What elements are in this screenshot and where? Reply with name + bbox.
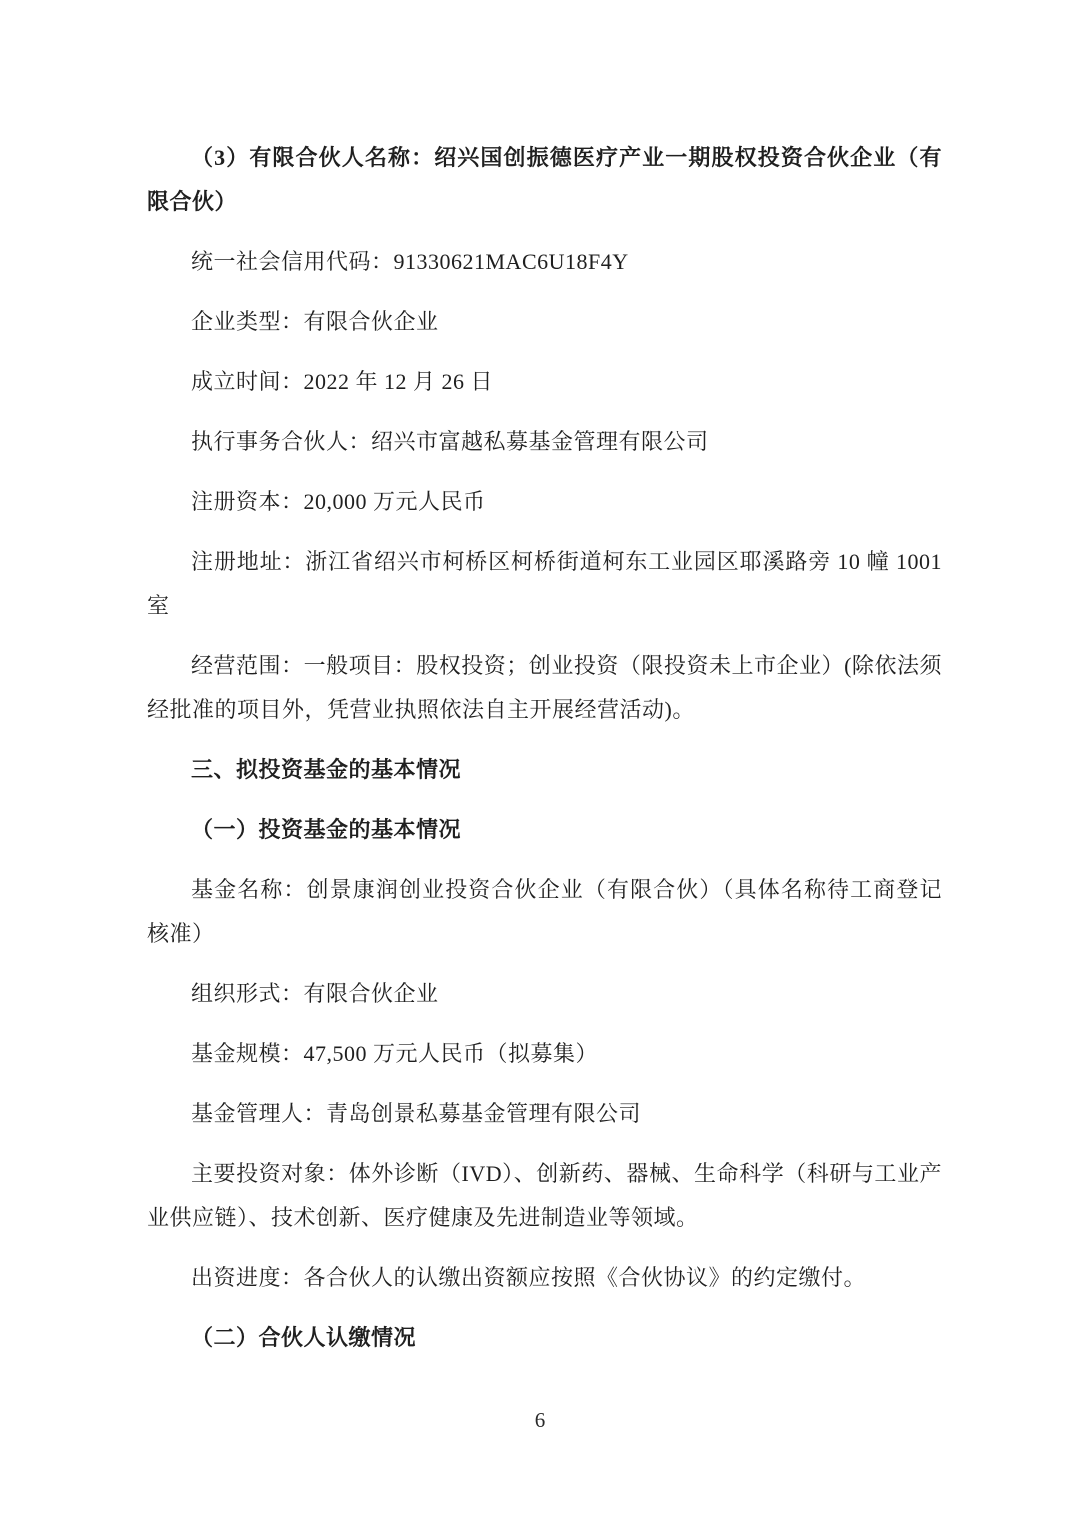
section-heading: （一）投资基金的基本情况: [147, 808, 942, 852]
paragraph: 成立时间：2022 年 12 月 26 日: [147, 360, 942, 404]
paragraph: 主要投资对象：体外诊断（IVD）、创新药、器械、生命科学（科研与工业产业供应链）…: [147, 1152, 942, 1240]
paragraph: 基金管理人：青岛创景私募基金管理有限公司: [147, 1092, 942, 1136]
section-heading: （3）有限合伙人名称：绍兴国创振德医疗产业一期股权投资合伙企业（有限合伙）: [147, 136, 942, 224]
paragraph: 执行事务合伙人：绍兴市富越私募基金管理有限公司: [147, 420, 942, 464]
paragraph: 注册地址：浙江省绍兴市柯桥区柯桥街道柯东工业园区耶溪路旁 10 幢 1001室: [147, 540, 942, 628]
paragraph: 出资进度：各合伙人的认缴出资额应按照《合伙协议》的约定缴付。: [147, 1256, 942, 1300]
document-body: （3）有限合伙人名称：绍兴国创振德医疗产业一期股权投资合伙企业（有限合伙）统一社…: [147, 136, 942, 1376]
paragraph: 基金规模：47,500 万元人民币（拟募集）: [147, 1032, 942, 1076]
paragraph: 注册资本：20,000 万元人民币: [147, 480, 942, 524]
document-page: （3）有限合伙人名称：绍兴国创振德医疗产业一期股权投资合伙企业（有限合伙）统一社…: [0, 0, 1080, 1527]
section-heading: 三、拟投资基金的基本情况: [147, 748, 942, 792]
paragraph: 企业类型：有限合伙企业: [147, 300, 942, 344]
section-heading: （二）合伙人认缴情况: [147, 1316, 942, 1360]
paragraph: 组织形式：有限合伙企业: [147, 972, 942, 1016]
paragraph: 经营范围：一般项目：股权投资；创业投资（限投资未上市企业）(除依法须经批准的项目…: [147, 644, 942, 732]
paragraph: 统一社会信用代码：91330621MAC6U18F4Y: [147, 240, 942, 284]
paragraph: 基金名称：创景康润创业投资合伙企业（有限合伙）（具体名称待工商登记核准）: [147, 868, 942, 956]
page-number: 6: [0, 1408, 1080, 1433]
